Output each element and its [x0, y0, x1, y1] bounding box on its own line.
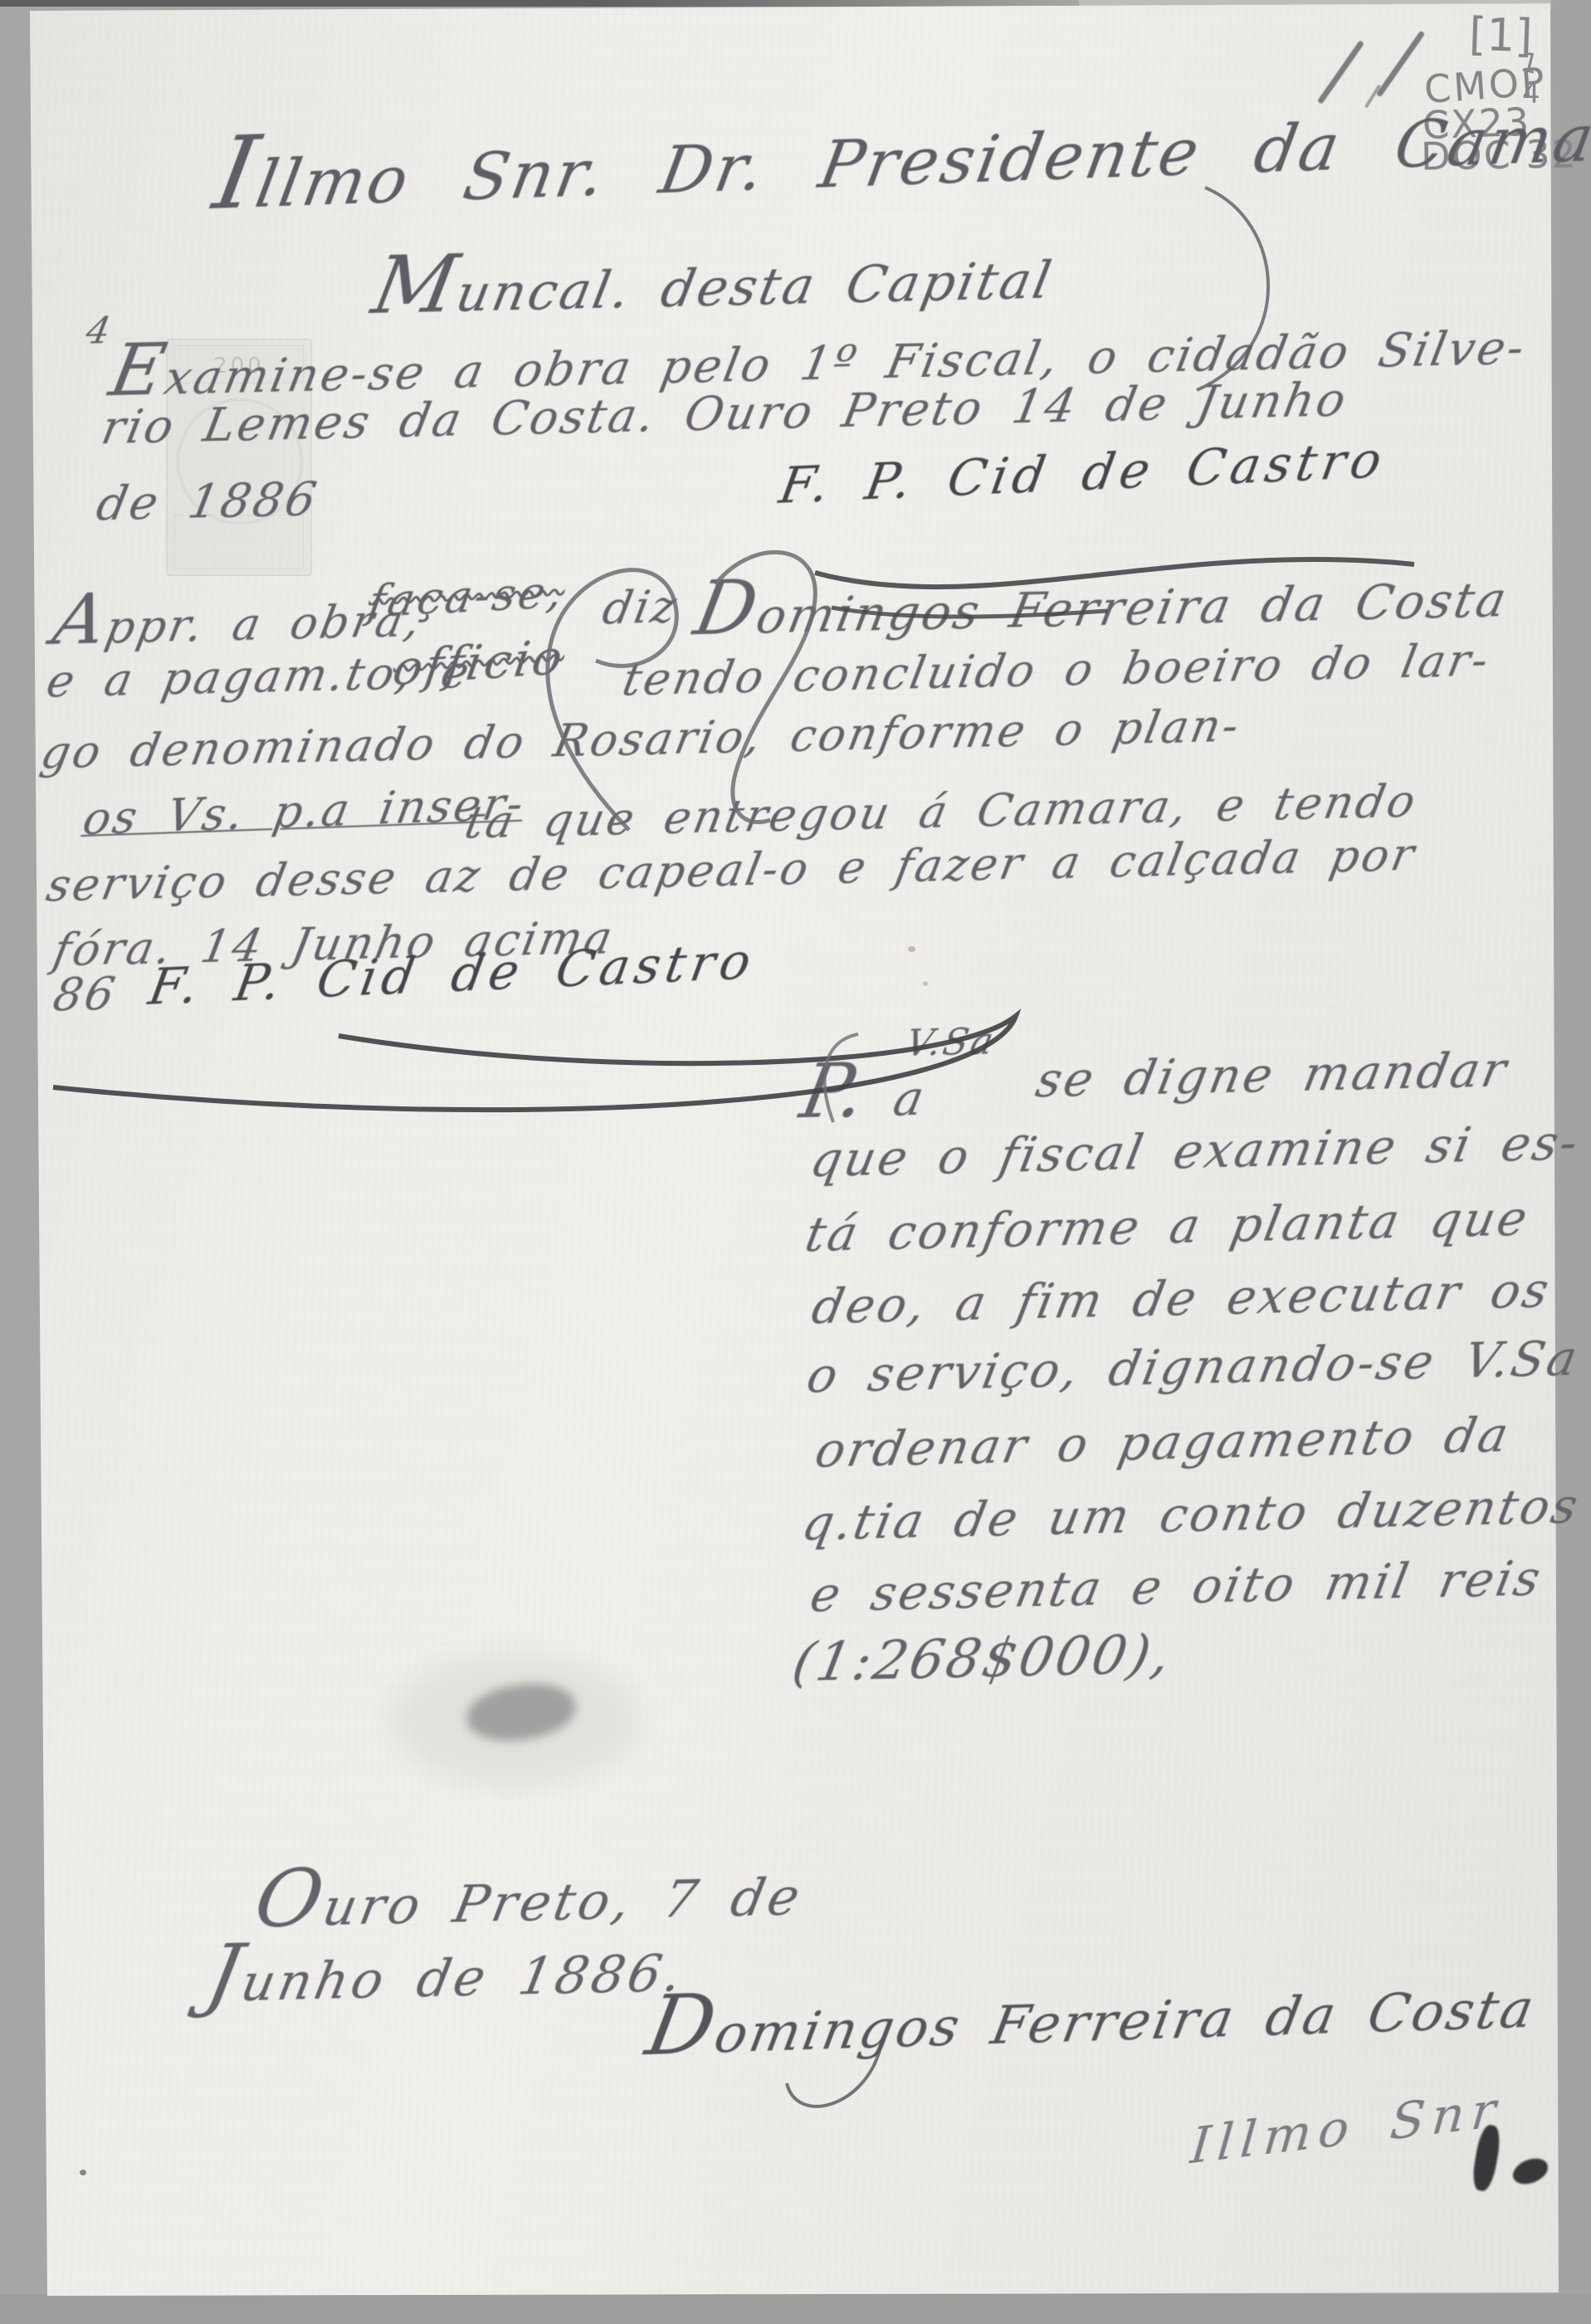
header-line-2: Muncal. desta Capital: [367, 231, 1062, 326]
petition-line-6: ordenar o pagamento da: [812, 1410, 1515, 1474]
body-line-7-year: 86: [50, 971, 120, 1018]
dateline-month-year: Junho de 1886.: [201, 1923, 694, 2014]
body-line-1-struck-word: faça-se,: [365, 569, 569, 624]
scanner-top-edge: [0, 0, 1079, 7]
scanned-document: 200 [1] CMOP 1 4 CX23 DOC 32 Illmo Snr. …: [0, 0, 1591, 2324]
foxing-speck-2: [923, 981, 928, 986]
body-line-1-mid: diz: [599, 584, 682, 631]
dateline-place: Ouro Preto, 7 de: [249, 1847, 812, 1939]
petition-line-1-superscript: V.Sa: [903, 1024, 998, 1062]
body-line-2-struck-word: officio: [390, 632, 568, 692]
petition-amount: (1:268$000),: [788, 1628, 1177, 1690]
scanner-background-bottom: [0, 2294, 1591, 2324]
foxing-speck-1: [908, 946, 915, 952]
despacho-line-3: de 1886: [93, 476, 322, 528]
petition-line-1-rest: se digne mandar: [1032, 1045, 1512, 1104]
dark-speck: [80, 2170, 86, 2175]
